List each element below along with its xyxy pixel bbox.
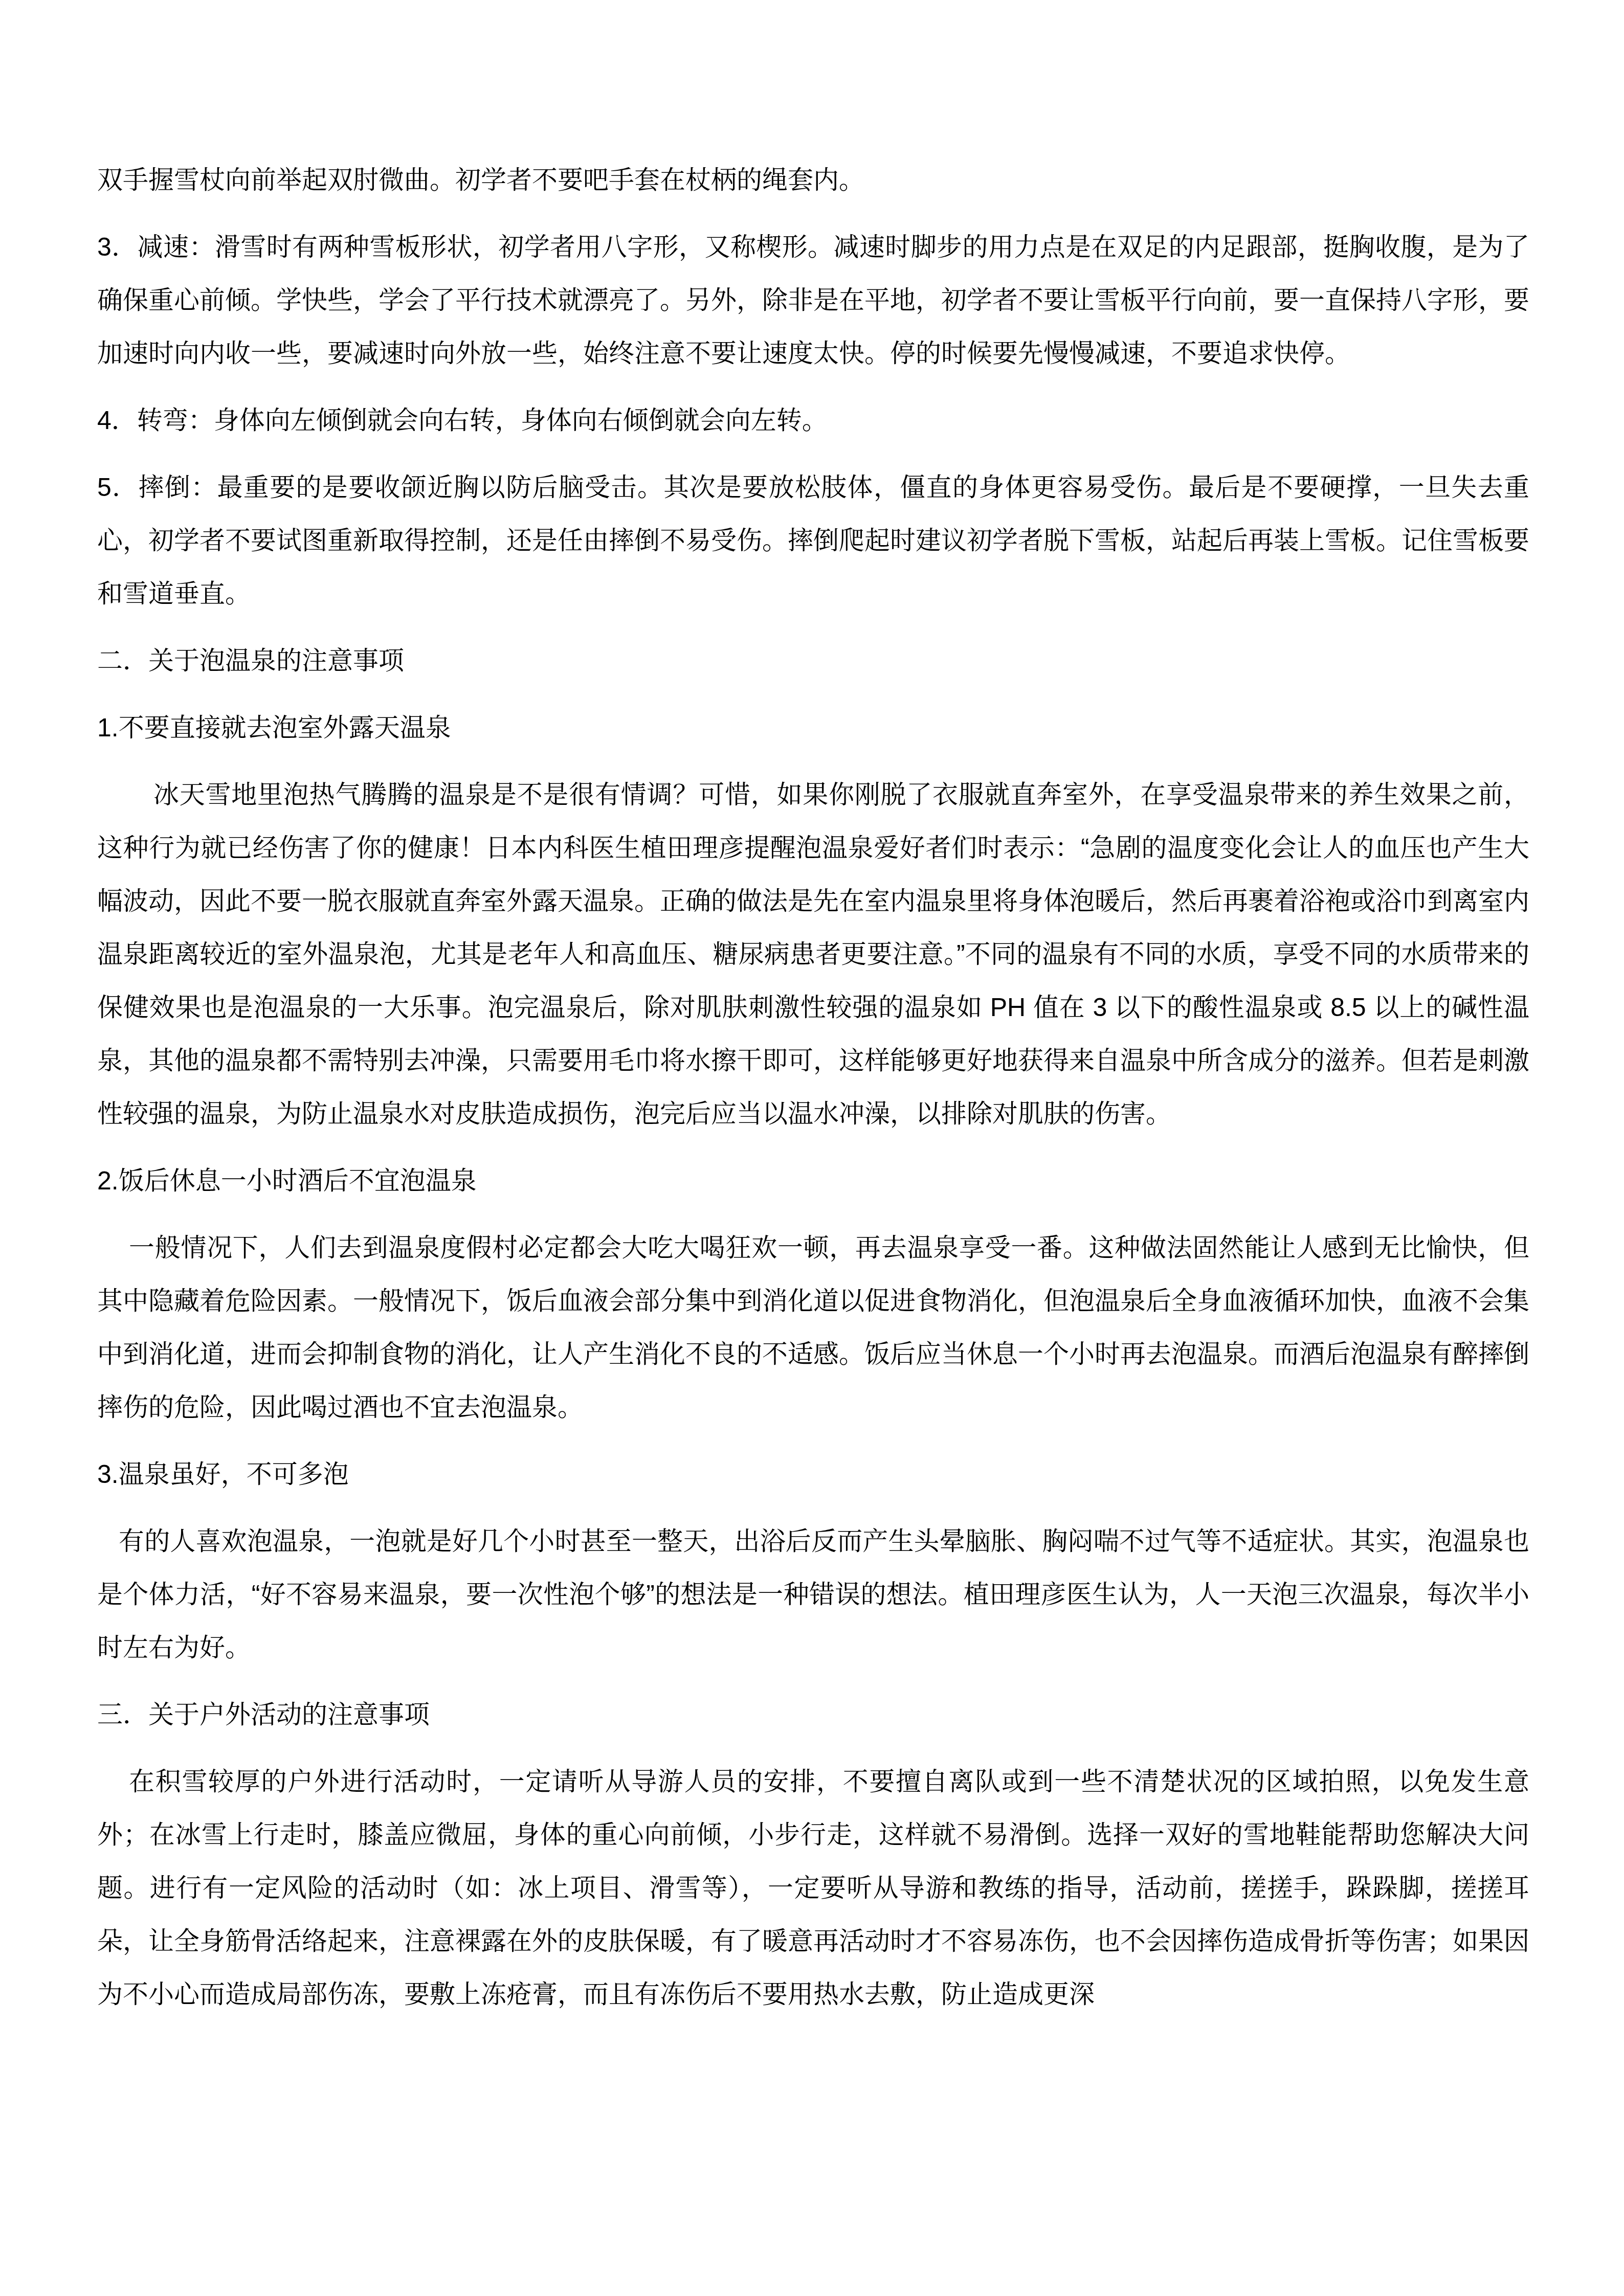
paragraph-ski-falling: 5．摔倒：最重要的是要收颌近胸以防后脑受击。其次是要放松肢体，僵直的身体更容易受… xyxy=(97,461,1529,620)
heading-section-hot-springs: 二．关于泡温泉的注意事项 xyxy=(97,634,1529,687)
paragraph-ski-turning: 4．转弯：身体向左倾倒就会向右转，身体向右倾倒就会向左转。 xyxy=(97,394,1529,447)
paragraph-outdoor-activities: 在积雪较厚的户外进行活动时，一定请听从导游人员的安排，不要擅自离队或到一些不清楚… xyxy=(97,1755,1529,2021)
paragraph-ski-deceleration: 3．减速：滑雪时有两种雪板形状，初学者用八字形，又称楔形。减速时脚步的用力点是在… xyxy=(97,220,1529,380)
heading-hot-spring-tip-1: 1.不要直接就去泡室外露天温泉 xyxy=(97,701,1529,754)
heading-hot-spring-tip-2: 2.饭后休息一小时酒后不宜泡温泉 xyxy=(97,1154,1529,1207)
paragraph-hot-spring-tip-3: 有的人喜欢泡温泉，一泡就是好几个小时甚至一整天，出浴后反而产生头晕脑胀、胸闷喘不… xyxy=(97,1515,1529,1674)
paragraph-ski-poles: 双手握雪杖向前举起双肘微曲。初学者不要吧手套在杖柄的绳套内。 xyxy=(97,153,1529,207)
paragraph-hot-spring-tip-1: 冰天雪地里泡热气腾腾的温泉是不是很有情调？可惜，如果你刚脱了衣服就直奔室外，在享… xyxy=(97,768,1529,1140)
paragraph-hot-spring-tip-2: 一般情况下，人们去到温泉度假村必定都会大吃大喝狂欢一顿，再去温泉享受一番。这种做… xyxy=(97,1221,1529,1434)
heading-section-outdoor-activities: 三．关于户外活动的注意事项 xyxy=(97,1688,1529,1741)
heading-hot-spring-tip-3: 3.温泉虽好，不可多泡 xyxy=(97,1448,1529,1501)
document-page: 双手握雪杖向前举起双肘微曲。初学者不要吧手套在杖柄的绳套内。 3．减速：滑雪时有… xyxy=(0,0,1624,2296)
